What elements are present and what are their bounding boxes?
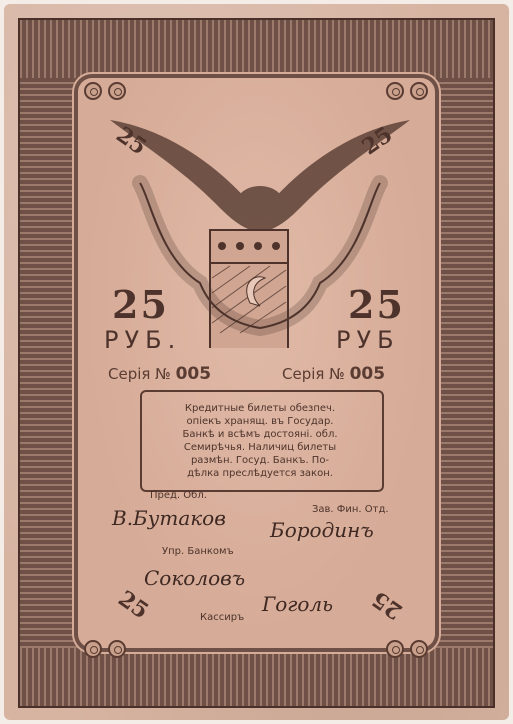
rosette-ornament	[386, 82, 404, 100]
legend-line: размѣн. Госуд. Банкъ. По-	[150, 454, 370, 467]
bank-manager-label: Упр. Банкомъ	[162, 546, 234, 557]
cashier-signature: Гоголь	[262, 592, 333, 616]
series-label: Серія №	[282, 365, 345, 383]
series-number: 005	[176, 364, 212, 384]
left-border-pattern	[20, 78, 78, 648]
denomination-left: 25	[112, 282, 169, 327]
currency-left: РУБ.	[104, 326, 181, 354]
rosette-ornament	[108, 640, 126, 658]
legend-line: Семирѣчья. Наличиц билеты	[150, 441, 370, 454]
series-label: Серія №	[108, 365, 171, 383]
chairman-label: Пред. Обл.	[150, 490, 207, 501]
currency-right: РУБ	[336, 326, 400, 354]
rosette-ornament	[386, 640, 404, 658]
series-number: 005	[350, 364, 386, 384]
chairman-signature: В.Бутаков	[112, 506, 226, 530]
rosette-ornament	[410, 82, 428, 100]
finance-label: Зав. Фин. Отд.	[312, 504, 389, 515]
rosette-ornament	[84, 640, 102, 658]
right-border-pattern	[435, 78, 493, 648]
series-right: Серія № 005	[282, 364, 385, 384]
cashier-label: Кассиръ	[200, 612, 244, 623]
finance-signature: Бородинъ	[270, 518, 374, 542]
legend-text: Кредитные билеты обезпеч. опіекъ хранящ.…	[150, 402, 370, 480]
rosette-ornament	[410, 640, 428, 658]
legend-line: опіекъ хранящ. въ Государ.	[150, 415, 370, 428]
series-left: Серія № 005	[108, 364, 211, 384]
bank-manager-signature: Соколовъ	[144, 566, 245, 590]
legend-line: дѣлка преслѣдуется закон.	[150, 467, 370, 480]
legend-line: Банкѣ и всѣмъ достояні. обл.	[150, 428, 370, 441]
rosette-ornament	[108, 82, 126, 100]
rosette-ornament	[84, 82, 102, 100]
legend-line: Кредитные билеты обезпеч.	[150, 402, 370, 415]
denomination-right: 25	[348, 282, 405, 327]
